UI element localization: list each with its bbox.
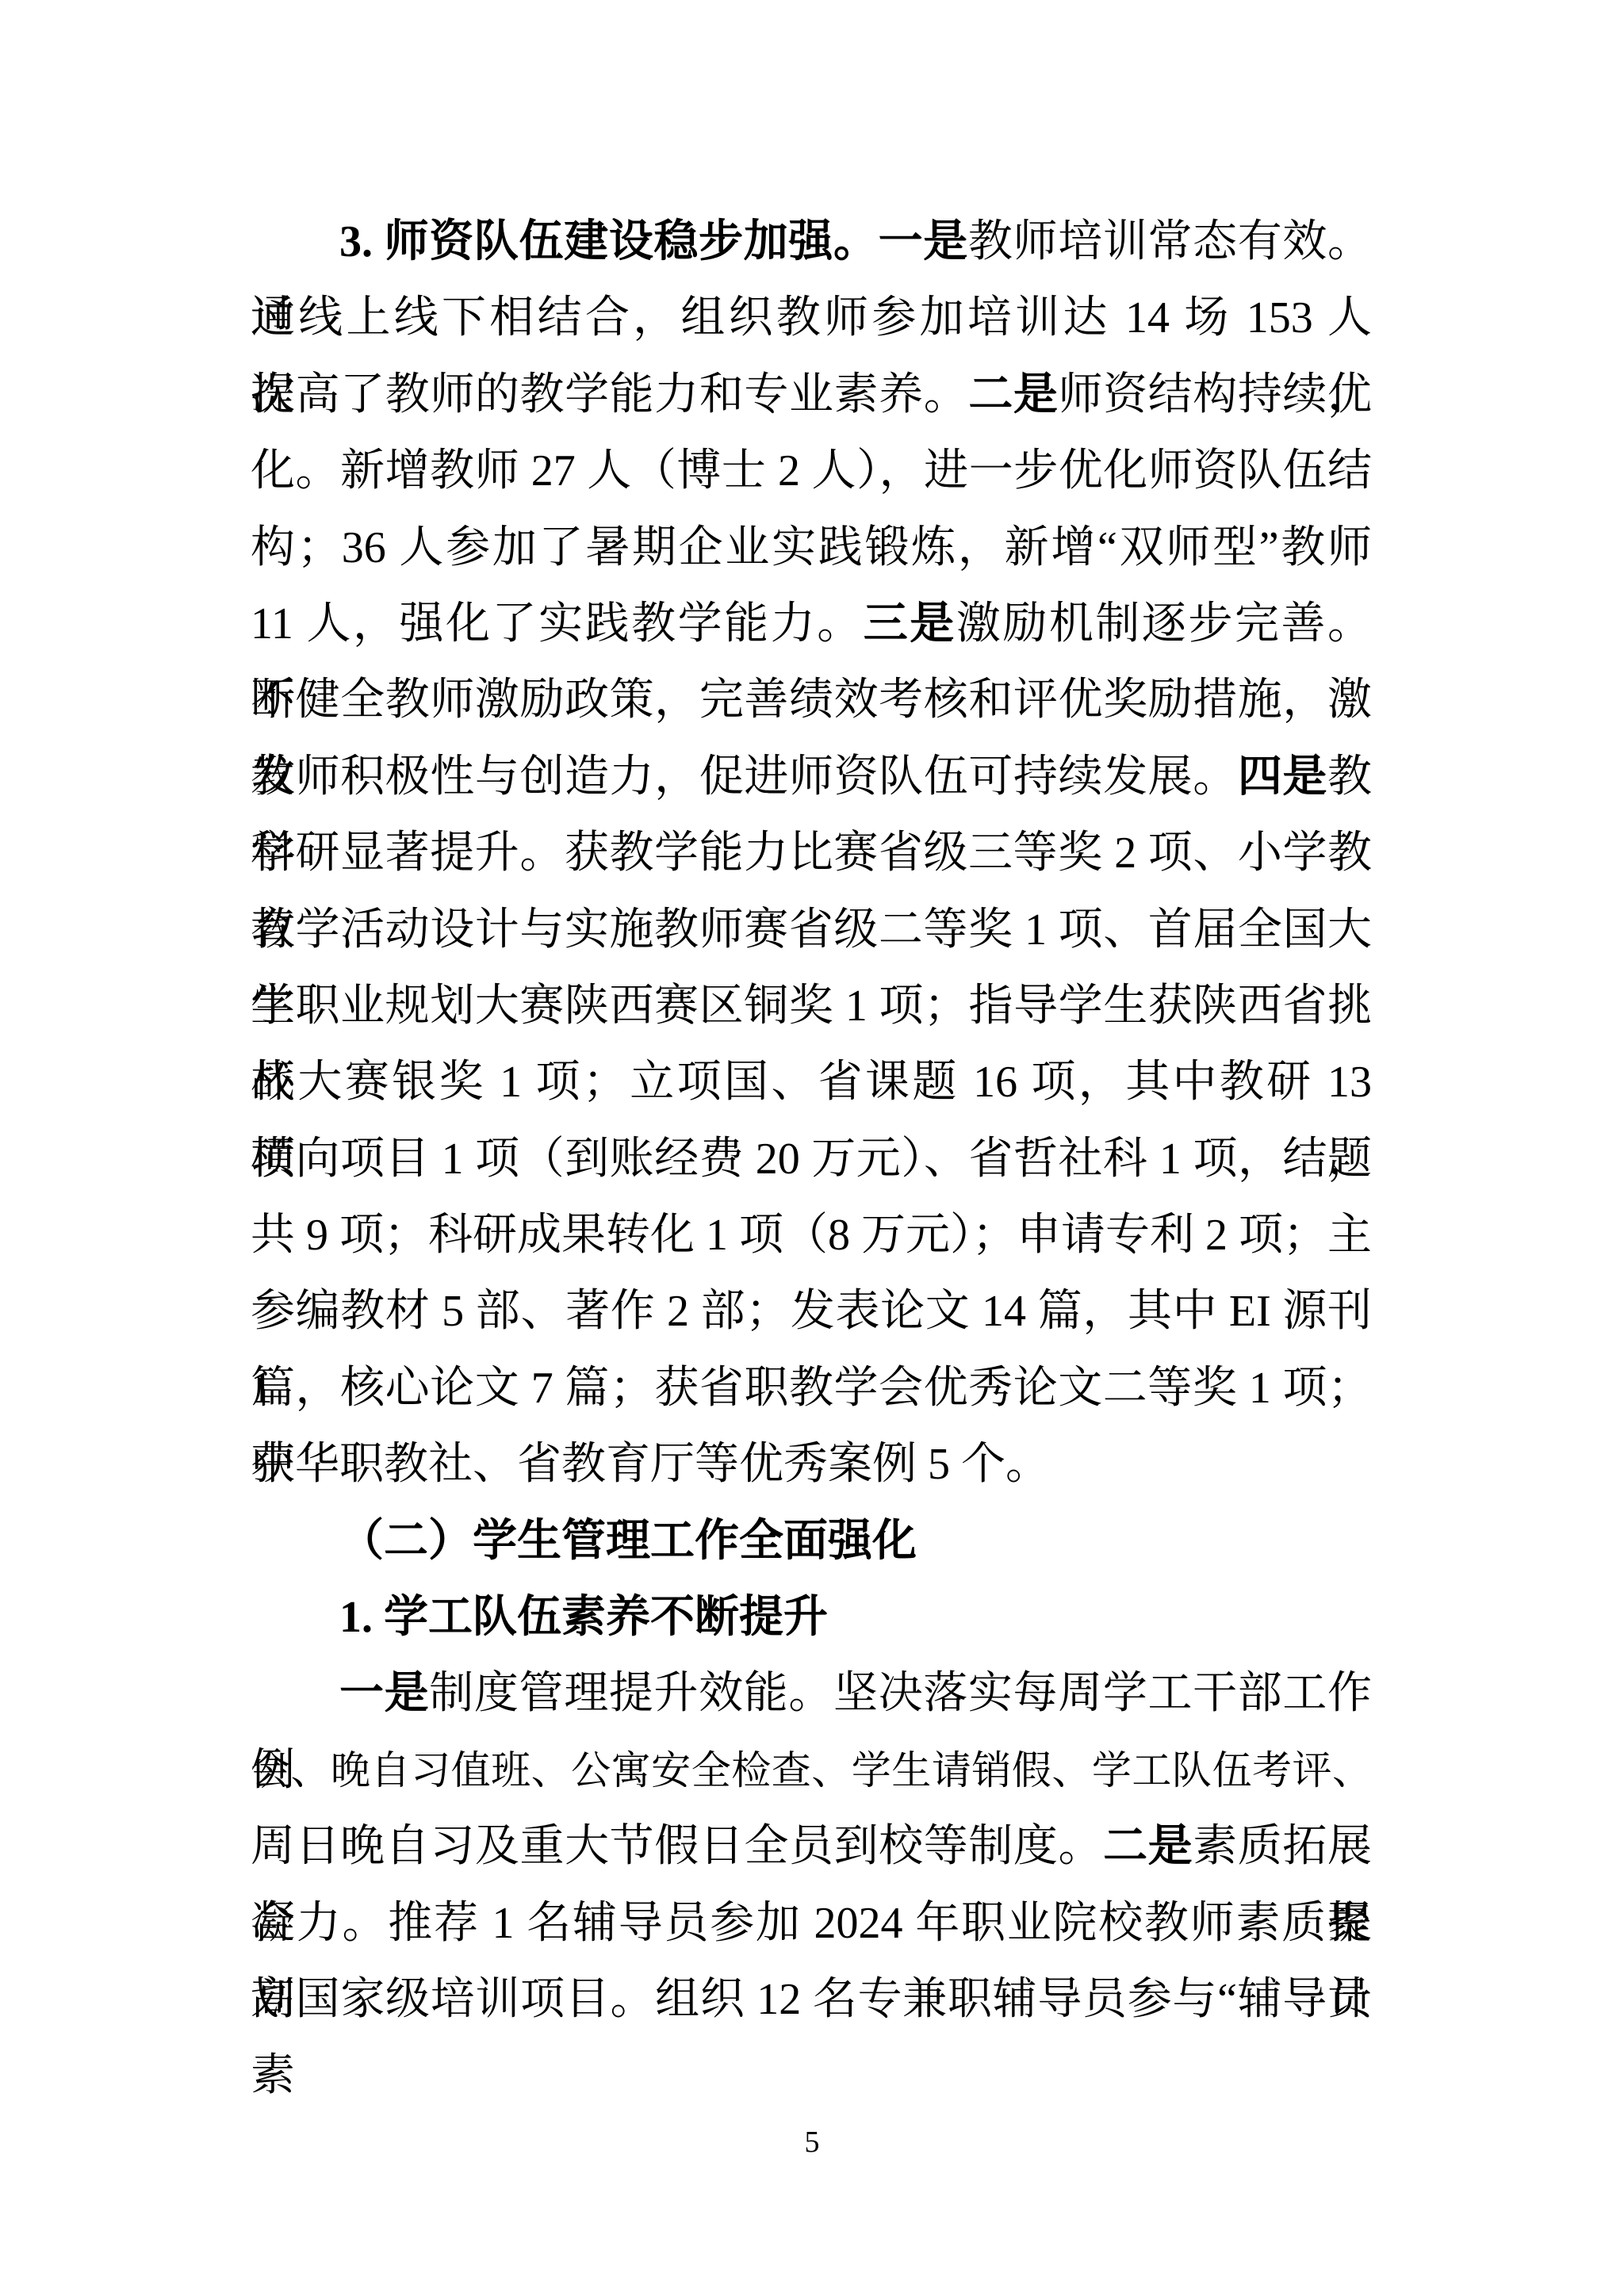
document-body: 3. 师资队伍建设稳步加强。一是教师培训常态有效。通 过线上线下相结合，组织教师… <box>251 204 1372 2038</box>
text-line: 教师积极性与创造力，促进师资队伍可持续发展。四是教学 <box>251 739 1372 815</box>
text-run: 会、晚自习值班、公寓安全检查、学生请销假、学工队伍考评、 <box>251 1748 1372 1793</box>
text-run: 教师积极性与创造力，促进师资队伍可持续发展。 <box>251 752 1238 802</box>
text-line: 生职业规划大赛陕西赛区铜奖 1 项；指导学生获陕西省挑战 <box>251 968 1372 1044</box>
text-line: 提高了教师的教学能力和专业素养。二是师资结构持续优 <box>251 357 1372 433</box>
page-number: 5 <box>0 2118 1624 2166</box>
text-run: 3. 师资队伍建设稳步加强。一是 <box>339 217 968 266</box>
text-run: 提高了教师的教学能力和专业素养。 <box>251 370 968 419</box>
text-run: 1. 学工队伍素养不断提升 <box>339 1593 828 1642</box>
text-line: 中华职教社、省教育厅等优秀案例 5 个。 <box>251 1426 1372 1502</box>
text-run: 三是 <box>864 599 956 649</box>
text-line: 教学活动设计与实施教师赛省级二等奖 1 项、首届全国大学 <box>251 892 1372 968</box>
text-run: 构；36 人参加了暑期企业实践锻炼，新增“双师型”教师 <box>251 523 1372 572</box>
text-line: 会、晚自习值班、公寓安全检查、学生请销假、学工队伍考评、 <box>251 1732 1372 1808</box>
text-line: 3. 师资队伍建设稳步加强。一是教师培训常态有效。通 <box>251 204 1372 280</box>
text-line: 横向项目 1 项（到账经费 20 万元）、省哲社科 1 项，结题 <box>251 1121 1372 1197</box>
text-line: 共 9 项；科研成果转化 1 项（8 万元）；申请专利 2 项；主 <box>251 1197 1372 1273</box>
text-run: 中华职教社、省教育厅等优秀案例 5 个。 <box>251 1440 1050 1489</box>
text-line: 科研显著提升。获教学能力比赛省级三等奖 2 项、小学教育 <box>251 815 1372 891</box>
text-line: 篇，核心论文 7 篇；获省职教学会优秀论文二等奖 1 项；获 <box>251 1350 1372 1426</box>
text-run: 二是 <box>968 370 1058 419</box>
text-run: （二）学生管理工作全面强化 <box>339 1517 917 1566</box>
text-line: 合力。推荐 1 名辅导员参加 2024 年职业院校教师素质提高计 <box>251 1885 1372 1961</box>
text-line: 化。新增教师 27 人（博士 2 人），进一步优化师资队伍结 <box>251 433 1372 509</box>
text-run: 化。新增教师 27 人（博士 2 人），进一步优化师资队伍结 <box>251 446 1372 496</box>
text-run: 周日晚自习及重大节假日全员到校等制度。 <box>251 1822 1103 1871</box>
text-run: 一是 <box>339 1669 429 1718</box>
text-line: 一是制度管理提升效能。坚决落实每周学工干部工作例 <box>251 1655 1372 1732</box>
text-run: 共 9 项；科研成果转化 1 项（8 万元）；申请专利 2 项；主 <box>251 1211 1372 1260</box>
text-line: 过线上线下相结合，组织教师参加培训达 14 场 153 人次， <box>251 280 1372 356</box>
section-heading: （二）学生管理工作全面强化 <box>251 1503 1372 1579</box>
text-run: 四是 <box>1238 752 1327 802</box>
text-run: 师资结构持续优 <box>1059 370 1373 419</box>
text-line: 杯大赛银奖 1 项；立项国、省课题 16 项，其中教研 13 项， <box>251 1044 1372 1120</box>
text-line: 断健全教师激励政策，完善绩效考核和评优奖励措施，激发 <box>251 662 1372 738</box>
text-run: 横向项目 1 项（到账经费 20 万元）、省哲社科 1 项，结题 <box>251 1135 1372 1184</box>
text-run: 划国家级培训项目。组织 12 名专兼职辅导员参与“辅导员素 <box>251 1975 1372 2100</box>
text-line: 划国家级培训项目。组织 12 名专兼职辅导员参与“辅导员素 <box>251 1961 1372 2038</box>
text-line: 11 人，强化了实践教学能力。三是激励机制逐步完善。 不 <box>251 586 1372 662</box>
sub-heading: 1. 学工队伍素养不断提升 <box>251 1579 1372 1655</box>
document-page: 3. 师资队伍建设稳步加强。一是教师培训常态有效。通 过线上线下相结合，组织教师… <box>0 0 1624 2296</box>
text-line: 参编教材 5 部、著作 2 部；发表论文 14 篇，其中 EI 源刊 1 <box>251 1273 1372 1349</box>
text-line: 构；36 人参加了暑期企业实践锻炼，新增“双师型”教师 <box>251 510 1372 586</box>
text-run: 二是 <box>1103 1822 1193 1871</box>
text-line: 周日晚自习及重大节假日全员到校等制度。二是素质拓展凝聚 <box>251 1808 1372 1885</box>
text-run: 11 人，强化了实践教学能力。 <box>251 599 864 649</box>
